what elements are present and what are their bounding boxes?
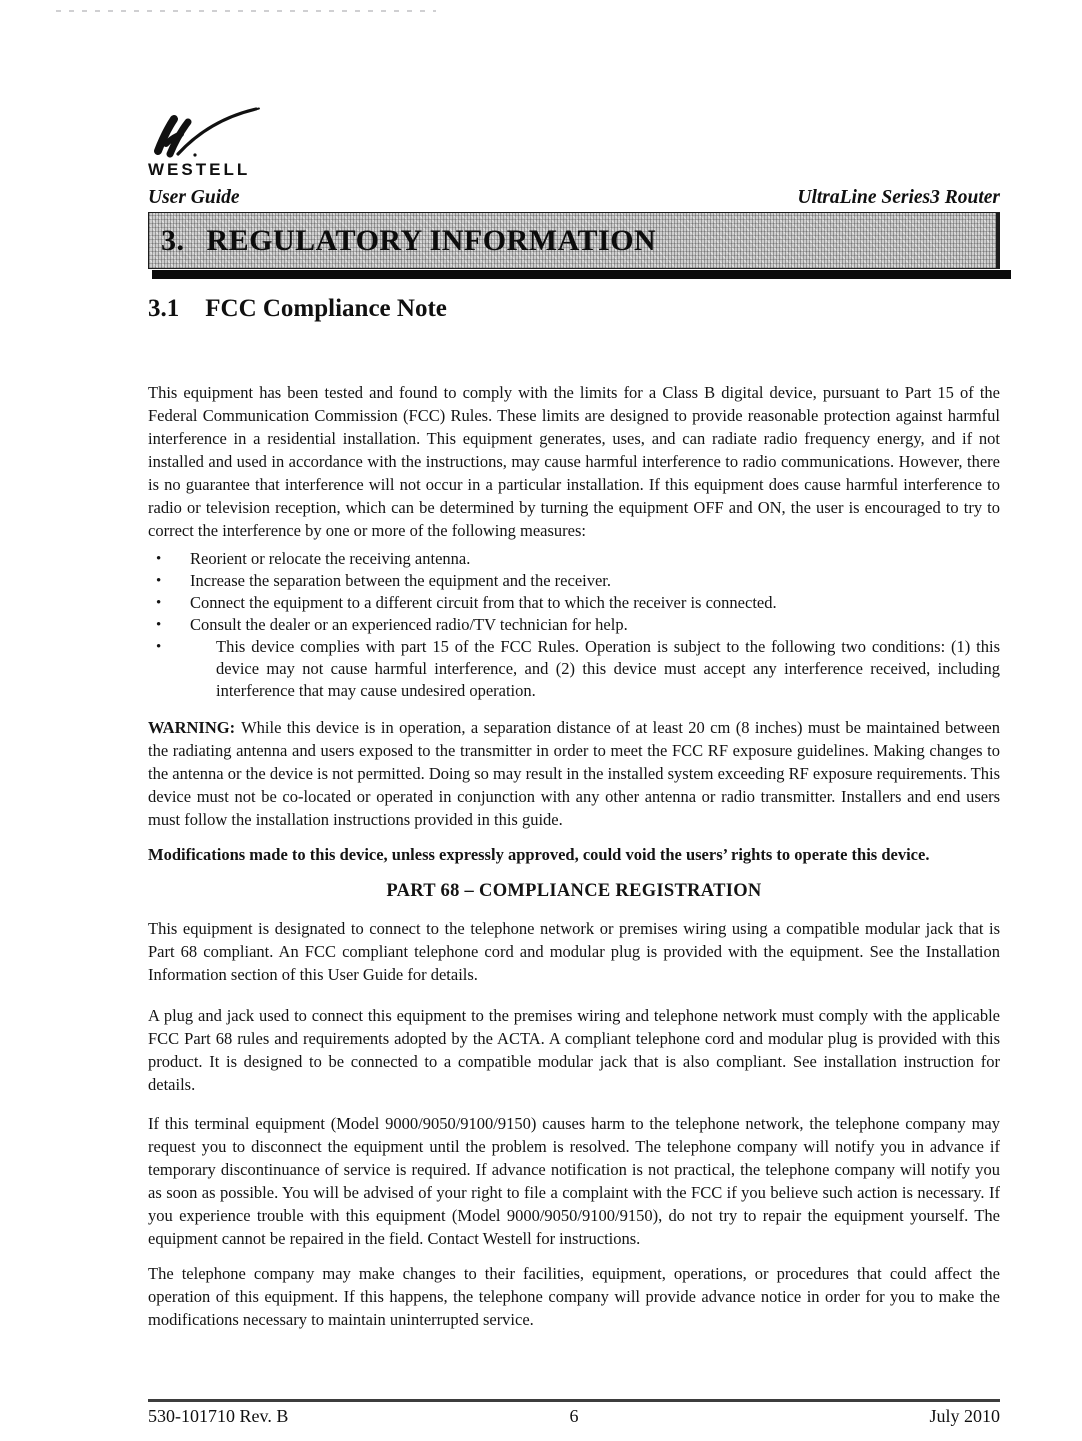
section-heading: 3.1 FCC Compliance Note: [148, 295, 1000, 323]
warning-text: While this device is in operation, a sep…: [148, 718, 1000, 829]
footer-rule: [148, 1399, 1000, 1402]
section-title: FCC Compliance Note: [205, 295, 447, 323]
bullet-list: Reorient or relocate the receiving anten…: [148, 548, 1000, 702]
modifications-note: Modifications made to this device, unles…: [148, 843, 1000, 866]
warning-paragraph: WARNING:While this device is in operatio…: [148, 716, 1000, 831]
chapter-number: 3.: [161, 224, 185, 258]
footer-page-number: 6: [148, 1406, 1000, 1427]
part68-heading: PART 68 – COMPLIANCE REGISTRATION: [148, 880, 1000, 903]
warning-label: WARNING:: [148, 718, 235, 737]
paragraph-terminal-equipment: If this terminal equipment (Model 9000/9…: [148, 1112, 1000, 1250]
list-item: Increase the separation between the equi…: [148, 570, 1000, 592]
chapter-banner: 3. REGULATORY INFORMATION: [148, 212, 1000, 269]
brand-name: WESTELL: [148, 160, 278, 180]
list-item: Connect the equipment to a different cir…: [148, 592, 1000, 614]
page-content: WESTELL User Guide UltraLine Series3 Rou…: [148, 0, 1000, 1331]
list-item: This device complies with part 15 of the…: [148, 636, 1000, 702]
paragraph-intro: This equipment has been tested and found…: [148, 381, 1000, 542]
westell-logo: WESTELL: [148, 104, 278, 180]
westell-swoosh-icon: [148, 104, 266, 158]
section-number: 3.1: [148, 295, 179, 323]
page-footer: 6 530-101710 Rev. B July 2010: [148, 1399, 1000, 1427]
paragraph-plug-jack: A plug and jack used to connect this equ…: [148, 1004, 1000, 1096]
paragraph-telco-changes: The telephone company may make changes t…: [148, 1262, 1000, 1331]
list-item: Reorient or relocate the receiving anten…: [148, 548, 1000, 570]
body-text: This equipment has been tested and found…: [148, 381, 1000, 1331]
paragraph-part68-intro: This equipment is designated to connect …: [148, 917, 1000, 986]
header-product-title: UltraLine Series3 Router: [797, 187, 1000, 209]
list-item: Consult the dealer or an experienced rad…: [148, 614, 1000, 636]
document-page: WESTELL User Guide UltraLine Series3 Rou…: [0, 0, 1082, 1441]
chapter-title: REGULATORY INFORMATION: [207, 224, 657, 258]
banner-shadow-bar: [152, 270, 1011, 279]
header-doc-title: User Guide: [148, 187, 240, 209]
page-header: User Guide UltraLine Series3 Router: [148, 187, 1000, 209]
